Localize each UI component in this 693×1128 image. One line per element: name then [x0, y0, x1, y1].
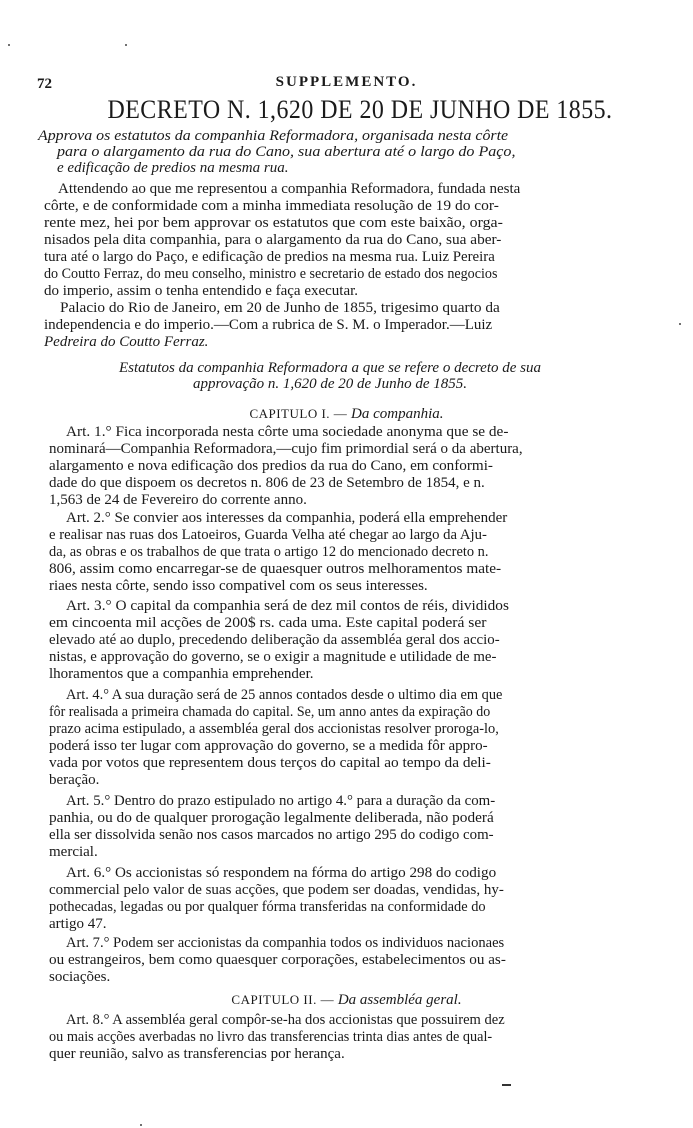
article-line: riaes nesta côrte, sendo isso compativel…	[49, 578, 428, 595]
article-line: vada por votos que representem dous terç…	[49, 755, 491, 772]
decree-body-line: rente mez, hei por bem approvar os estat…	[44, 215, 503, 232]
scan-speck	[8, 44, 10, 46]
decree-summary-line: Approva os estatutos da companhia Reform…	[38, 128, 508, 145]
decree-body-line: tura até o largo do Paço, e edificação d…	[44, 249, 495, 266]
decree-closing-line: independencia e do imperio.—Com a rubric…	[44, 317, 492, 334]
article-line: Art. 1.° Fica incorporada nesta côrte um…	[66, 424, 508, 441]
decree-body-line: Attendendo ao que me representou a compa…	[58, 181, 520, 198]
article-line: lhoramentos que a companhia emprehender.	[49, 666, 314, 683]
article-line: beração.	[49, 772, 99, 789]
article-line: Art. 6.° Os accionistas só respondem na …	[66, 865, 496, 882]
decree-body-line: do imperio, assim o tenha entendido e fa…	[44, 283, 358, 300]
article-line: pothecadas, legadas ou por qualquer fórm…	[49, 899, 486, 916]
article-line: 806, assim como encarregar-se de quaesqu…	[49, 561, 501, 578]
chapter-title: Da assembléa geral.	[338, 992, 462, 1008]
statutes-heading-line: approvação n. 1,620 de 20 de Junho de 18…	[60, 376, 600, 393]
article-line: Art. 7.° Podem ser accionistas da compan…	[66, 935, 504, 952]
chapter-label: CAPITULO II. —	[231, 992, 334, 1007]
article-line: panhia, ou do de qualquer prorogação leg…	[49, 810, 494, 827]
decree-title: DECRETO N. 1,620 DE 20 DE JUNHO DE 1855.	[84, 95, 636, 125]
article-line: dade do que dispoem os decretos n. 806 d…	[49, 475, 485, 492]
article-line: ou mais acções averbadas no livro das tr…	[49, 1029, 492, 1046]
chapter-heading: CAPITULO II. — Da assembléa geral.	[0, 991, 693, 1009]
decree-body-line: côrte, e de conformidade com a minha imm…	[44, 198, 499, 215]
article-line: Art. 4.° A sua duração será de 25 annos …	[66, 687, 502, 704]
article-line: artigo 47.	[49, 916, 107, 933]
article-line: Art. 5.° Dentro do prazo estipulado no a…	[66, 793, 495, 810]
article-line: nistas, e approvação do governo, se o ex…	[49, 649, 496, 666]
scanned-page: 72 SUPPLEMENTO. DECRETO N. 1,620 DE 20 D…	[0, 0, 693, 1128]
decree-summary-line: para o alargamento da rua do Cano, sua a…	[57, 144, 515, 161]
printer-mark	[502, 1084, 511, 1086]
article-line: commercial pelo valor de suas acções, qu…	[49, 882, 504, 899]
chapter-heading: CAPITULO I. — Da companhia.	[0, 405, 693, 423]
article-line: em cincoenta mil acções de 200$ rs. cada…	[49, 615, 486, 632]
article-line: poderá isso ter lugar com approvação do …	[49, 738, 488, 755]
decree-summary-line: e edificação de predios na mesma rua.	[57, 160, 288, 177]
article-line: mercial.	[49, 844, 98, 861]
article-line: sociações.	[49, 969, 110, 986]
decree-closing-line: Palacio do Rio de Janeiro, em 20 de Junh…	[60, 300, 500, 317]
article-line: e realisar nas ruas dos Latoeiros, Guard…	[49, 527, 487, 544]
decree-body-line: do Coutto Ferraz, do meu conselho, minis…	[44, 266, 497, 283]
decree-body-line: nisados pela dita companhia, para o alar…	[44, 232, 501, 249]
decree-signature: Pedreira do Coutto Ferraz.	[44, 334, 208, 351]
article-line: alargamento e nova edificação dos predio…	[49, 458, 493, 475]
scan-speck	[140, 1124, 142, 1126]
article-line: ella ser dissolvida senão nos casos marc…	[49, 827, 494, 844]
scan-speck	[125, 44, 127, 46]
scan-speck	[679, 323, 681, 325]
article-line: prazo acima estipulado, a assembléa gera…	[49, 721, 499, 738]
article-line: nominará—Companhia Reformadora,—cujo fim…	[49, 441, 523, 458]
article-line: fôr realisada a primeira chamada do capi…	[49, 704, 490, 721]
chapter-label: CAPITULO I. —	[249, 406, 347, 421]
running-title: SUPPLEMENTO.	[0, 74, 693, 91]
article-line: quer reunião, salvo as transferencias po…	[49, 1046, 345, 1063]
article-line: 1,563 de 24 de Fevereiro do corrente ann…	[49, 492, 307, 509]
article-line: da, as obras e os trabalhos de que trata…	[49, 544, 488, 561]
article-line: Art. 8.° A assembléa geral compôr-se-ha …	[66, 1012, 505, 1029]
article-line: Art. 2.° Se convier aos interesses da co…	[66, 510, 507, 527]
article-line: ou estrangeiros, bem como quaesquer corp…	[49, 952, 506, 969]
statutes-heading-line: Estatutos da companhia Reformadora a que…	[60, 360, 600, 377]
chapter-title: Da companhia.	[351, 406, 444, 422]
article-line: Art. 3.° O capital da companhia será de …	[66, 598, 509, 615]
article-line: elevado até ao duplo, precedendo deliber…	[49, 632, 500, 649]
